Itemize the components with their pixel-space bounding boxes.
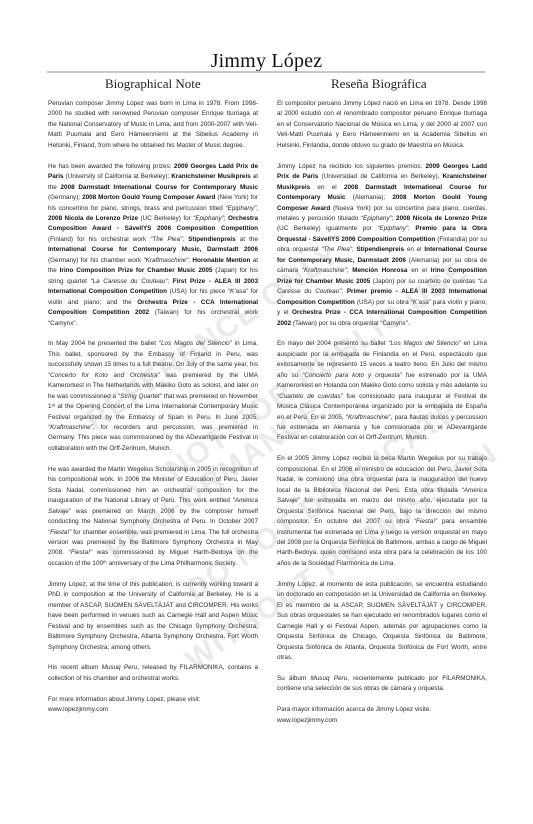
paragraph-scholarship: He was awarded the Martin Wegelius Schol… xyxy=(48,465,258,570)
paragraph-current: Jimmy López, at the time of this publica… xyxy=(48,580,258,653)
paragraph-album-es: Su álbum Musuq Peru, recientemente publi… xyxy=(277,674,487,695)
header-divider xyxy=(47,71,485,73)
paragraph-intro-es: El compositor peruano Jimmy López nació … xyxy=(277,99,487,151)
more-info-text-es: Para mayor información acerca de Jimmy L… xyxy=(277,706,431,713)
paragraph-ballet-es: En mayo del 2004 presentó su ballet “Los… xyxy=(277,339,487,444)
english-column: Peruvian composer Jimmy López was born i… xyxy=(48,99,258,726)
subheading-spanish: Reseña Biográfica xyxy=(331,76,427,92)
paragraph-prizes: He has been awarded the following prizes… xyxy=(48,162,258,329)
website-link-es[interactable]: www.lopezjimmy.com xyxy=(277,717,337,724)
paragraph-intro: Peruvian composer Jimmy López was born i… xyxy=(48,99,258,151)
more-info-text: For more information about Jimmy López, … xyxy=(48,696,200,703)
paragraph-album: His recent album Musuq Peru, released by… xyxy=(48,663,258,684)
website-link[interactable]: www.lopezjimmy.com xyxy=(48,706,108,713)
paragraph-scholarship-es: En el 2005 Jimmy López recibió la beca M… xyxy=(277,454,487,569)
subheading-english: Biographical Note xyxy=(105,76,201,92)
paragraph-ballet: In May 2004 he presented the ballet “Los… xyxy=(48,339,258,454)
paragraph-more-info: For more information about Jimmy López, … xyxy=(48,695,258,716)
paragraph-current-es: Jimmy López, al momento de esta publicac… xyxy=(277,580,487,664)
page-title: Jimmy López xyxy=(0,50,533,72)
spanish-column: El compositor peruano Jimmy López nació … xyxy=(277,99,487,737)
paragraph-prizes-es: Jimmy López ha recibido los siguientes p… xyxy=(277,162,487,329)
paragraph-more-info-es: Para mayor información acerca de Jimmy L… xyxy=(277,705,487,726)
